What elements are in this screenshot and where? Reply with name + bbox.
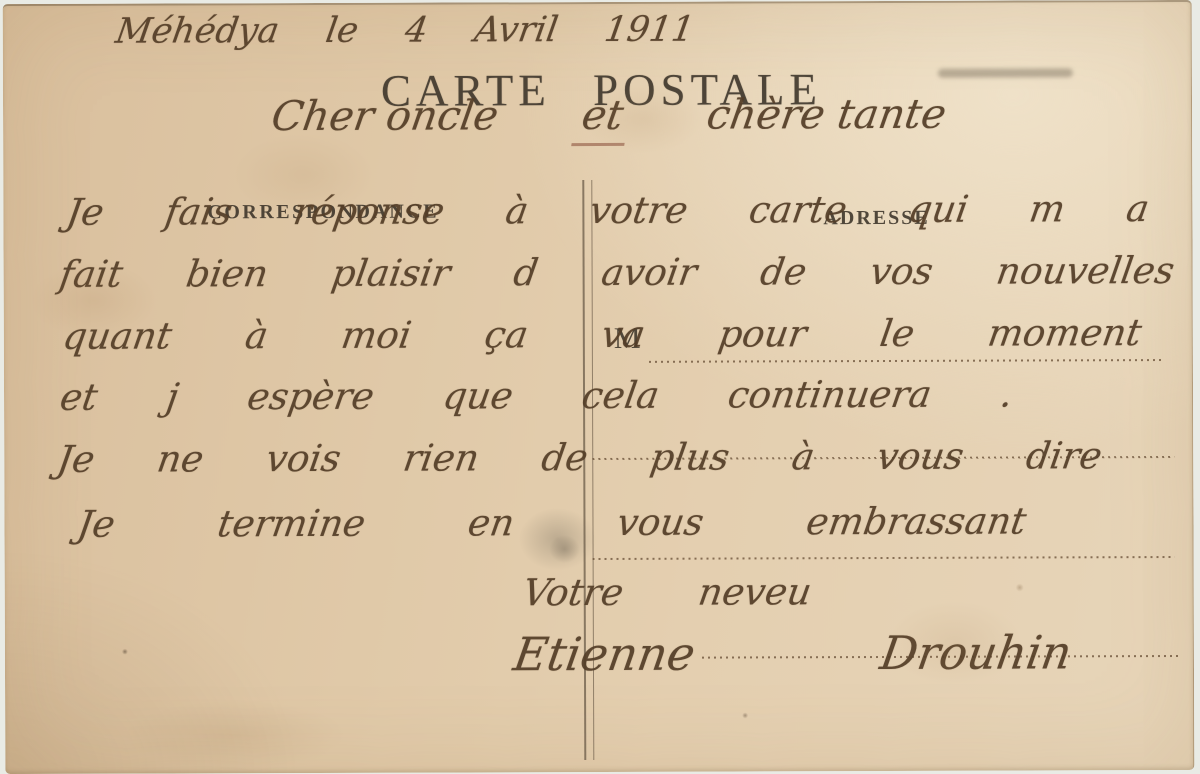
- letter-line-3: quant à moi ça va pour le moment: [60, 312, 1145, 358]
- salutation-part2: chère tante: [704, 91, 950, 139]
- letter-line-1: Je fais réponse à votre carte qui m a: [63, 188, 1152, 234]
- address-dotted-line-1: [649, 359, 1165, 363]
- dateline-handwriting: Méhédya le 4 Avril 1911: [113, 10, 697, 52]
- salutation-part1: Cher oncle: [268, 92, 501, 140]
- letter-line-2: fait bien plaisir d avoir de vos nouvell…: [57, 250, 1178, 296]
- salutation-handwriting: Cher oncle et chère tante: [267, 91, 949, 148]
- letter-line-4: et j espère que cela continuera .: [57, 374, 1016, 420]
- address-dotted-line-3: [593, 556, 1175, 560]
- letter-line-5: Je ne vois rien de plus à vous dire: [54, 435, 1105, 481]
- postcard: Méhédya le 4 Avril 1911 CARTE POSTALE Ch…: [3, 0, 1195, 773]
- faded-print-smudge: [938, 68, 1073, 77]
- salutation-underlined-word: et: [572, 92, 633, 146]
- letter-line-6: Je termine en vous embrassant: [75, 500, 1030, 546]
- signature: Etienne Drouhin: [510, 626, 1075, 681]
- closing-line: Votre neveu: [520, 571, 815, 615]
